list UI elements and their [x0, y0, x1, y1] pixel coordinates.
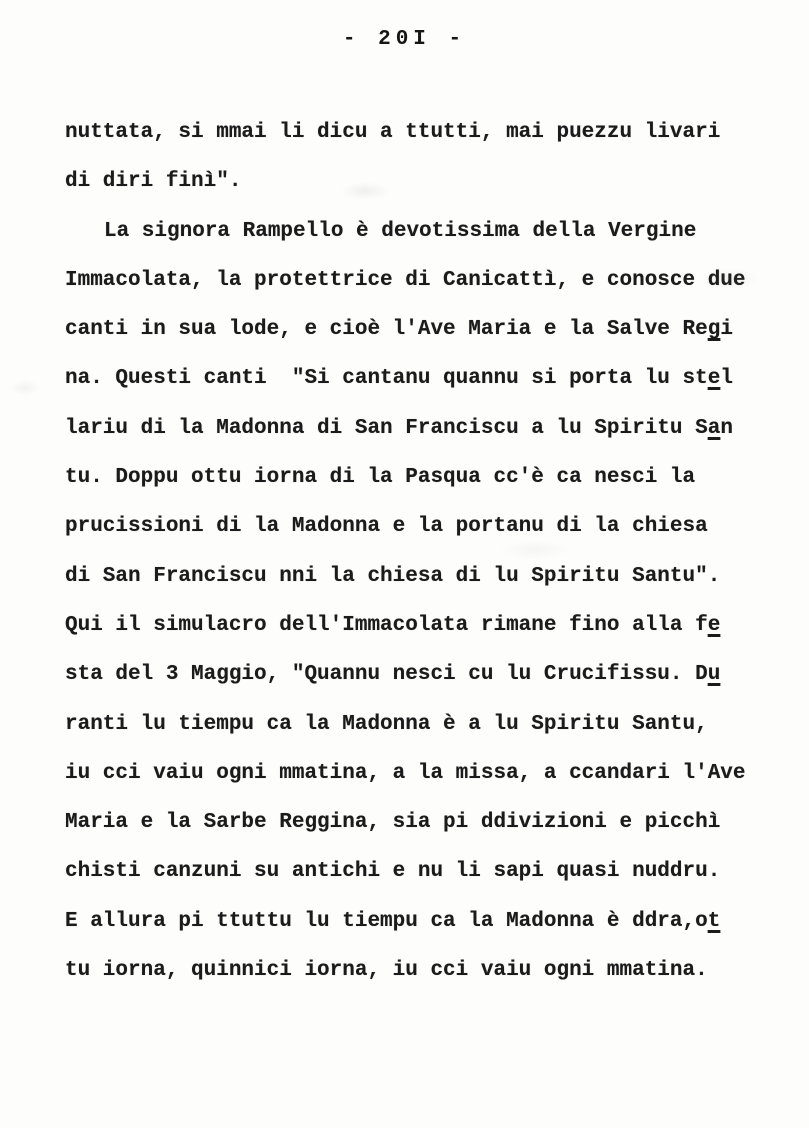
line-text: n — [720, 417, 733, 440]
line-text: i — [720, 318, 733, 341]
line-text: Immacolata, la protettrice di Canicattì,… — [65, 269, 746, 292]
document-line: chisti canzuni su antichi e nu li sapi q… — [65, 847, 779, 896]
line-text: La signora Rampello è devotissima della … — [104, 220, 696, 243]
document-line: na. Questi canti "Si cantanu quannu si p… — [65, 354, 779, 403]
document-line: lariu di la Madonna di San Franciscu a l… — [65, 404, 779, 453]
line-text: iu cci vaiu ogni mmatina, a la missa, a … — [65, 762, 746, 785]
document-line: E allura pi ttuttu lu tiempu ca la Madon… — [65, 897, 779, 946]
line-text: tu. Doppu ottu iorna di la Pasqua cc'è c… — [65, 466, 695, 489]
line-text: E allura pi ttuttu lu tiempu ca la Madon… — [65, 910, 708, 933]
continuation-underline: g — [708, 318, 721, 341]
document-page: - 20I - nuttata, si mmai li dicu a ttutt… — [0, 0, 809, 1128]
line-text: lariu di la Madonna di San Franciscu a l… — [65, 417, 708, 440]
line-text: di San Franciscu nni la chiesa di lu Spi… — [65, 565, 720, 588]
line-text: tu iorna, quinnici iorna, iu cci vaiu og… — [65, 959, 708, 982]
line-text: na. Questi canti "Si cantanu quannu si p… — [65, 367, 708, 390]
document-line: Immacolata, la protettrice di Canicattì,… — [65, 256, 779, 305]
continuation-underline: e — [708, 614, 721, 637]
line-text: prucissioni di la Madonna e la portanu d… — [65, 515, 708, 538]
document-line: sta del 3 Maggio, "Quannu nesci cu lu Cr… — [65, 650, 779, 699]
document-line: prucissioni di la Madonna e la portanu d… — [65, 502, 779, 551]
document-line: Maria e la Sarbe Reggina, sia pi ddivizi… — [65, 798, 779, 847]
line-text: di diri finì". — [65, 170, 241, 193]
line-text: sta del 3 Maggio, "Quannu nesci cu lu Cr… — [65, 663, 708, 686]
document-line: canti in sua lode, e cioè l'Ave Maria e … — [65, 305, 779, 354]
document-line: Qui il simulacro dell'Immacolata rimane … — [65, 601, 779, 650]
document-line: tu. Doppu ottu iorna di la Pasqua cc'è c… — [65, 453, 779, 502]
line-text: l — [720, 367, 733, 390]
document-line: di diri finì". — [65, 157, 779, 206]
line-text: nuttata, si mmai li dicu a ttutti, mai p… — [65, 121, 720, 144]
line-text: chisti canzuni su antichi e nu li sapi q… — [65, 860, 720, 883]
document-line: nuttata, si mmai li dicu a ttutti, mai p… — [65, 108, 779, 157]
line-text: Maria e la Sarbe Reggina, sia pi ddivizi… — [65, 811, 720, 834]
line-text: ranti lu tiempu ca la Madonna è a lu Spi… — [65, 713, 708, 736]
line-text: canti in sua lode, e cioè l'Ave Maria e … — [65, 318, 708, 341]
document-line: tu iorna, quinnici iorna, iu cci vaiu og… — [65, 946, 779, 995]
document-line: di San Franciscu nni la chiesa di lu Spi… — [65, 552, 779, 601]
page-number: - 20I - — [0, 28, 809, 51]
document-body: nuttata, si mmai li dicu a ttutti, mai p… — [65, 108, 779, 995]
continuation-underline: a — [708, 417, 721, 440]
continuation-underline: t — [708, 910, 721, 933]
continuation-underline: u — [708, 663, 721, 686]
document-line: iu cci vaiu ogni mmatina, a la missa, a … — [65, 749, 779, 798]
line-text: Qui il simulacro dell'Immacolata rimane … — [65, 614, 708, 637]
document-line: La signora Rampello è devotissima della … — [65, 207, 779, 256]
document-line: ranti lu tiempu ca la Madonna è a lu Spi… — [65, 700, 779, 749]
scan-smudge — [10, 380, 40, 396]
continuation-underline: e — [708, 367, 721, 390]
